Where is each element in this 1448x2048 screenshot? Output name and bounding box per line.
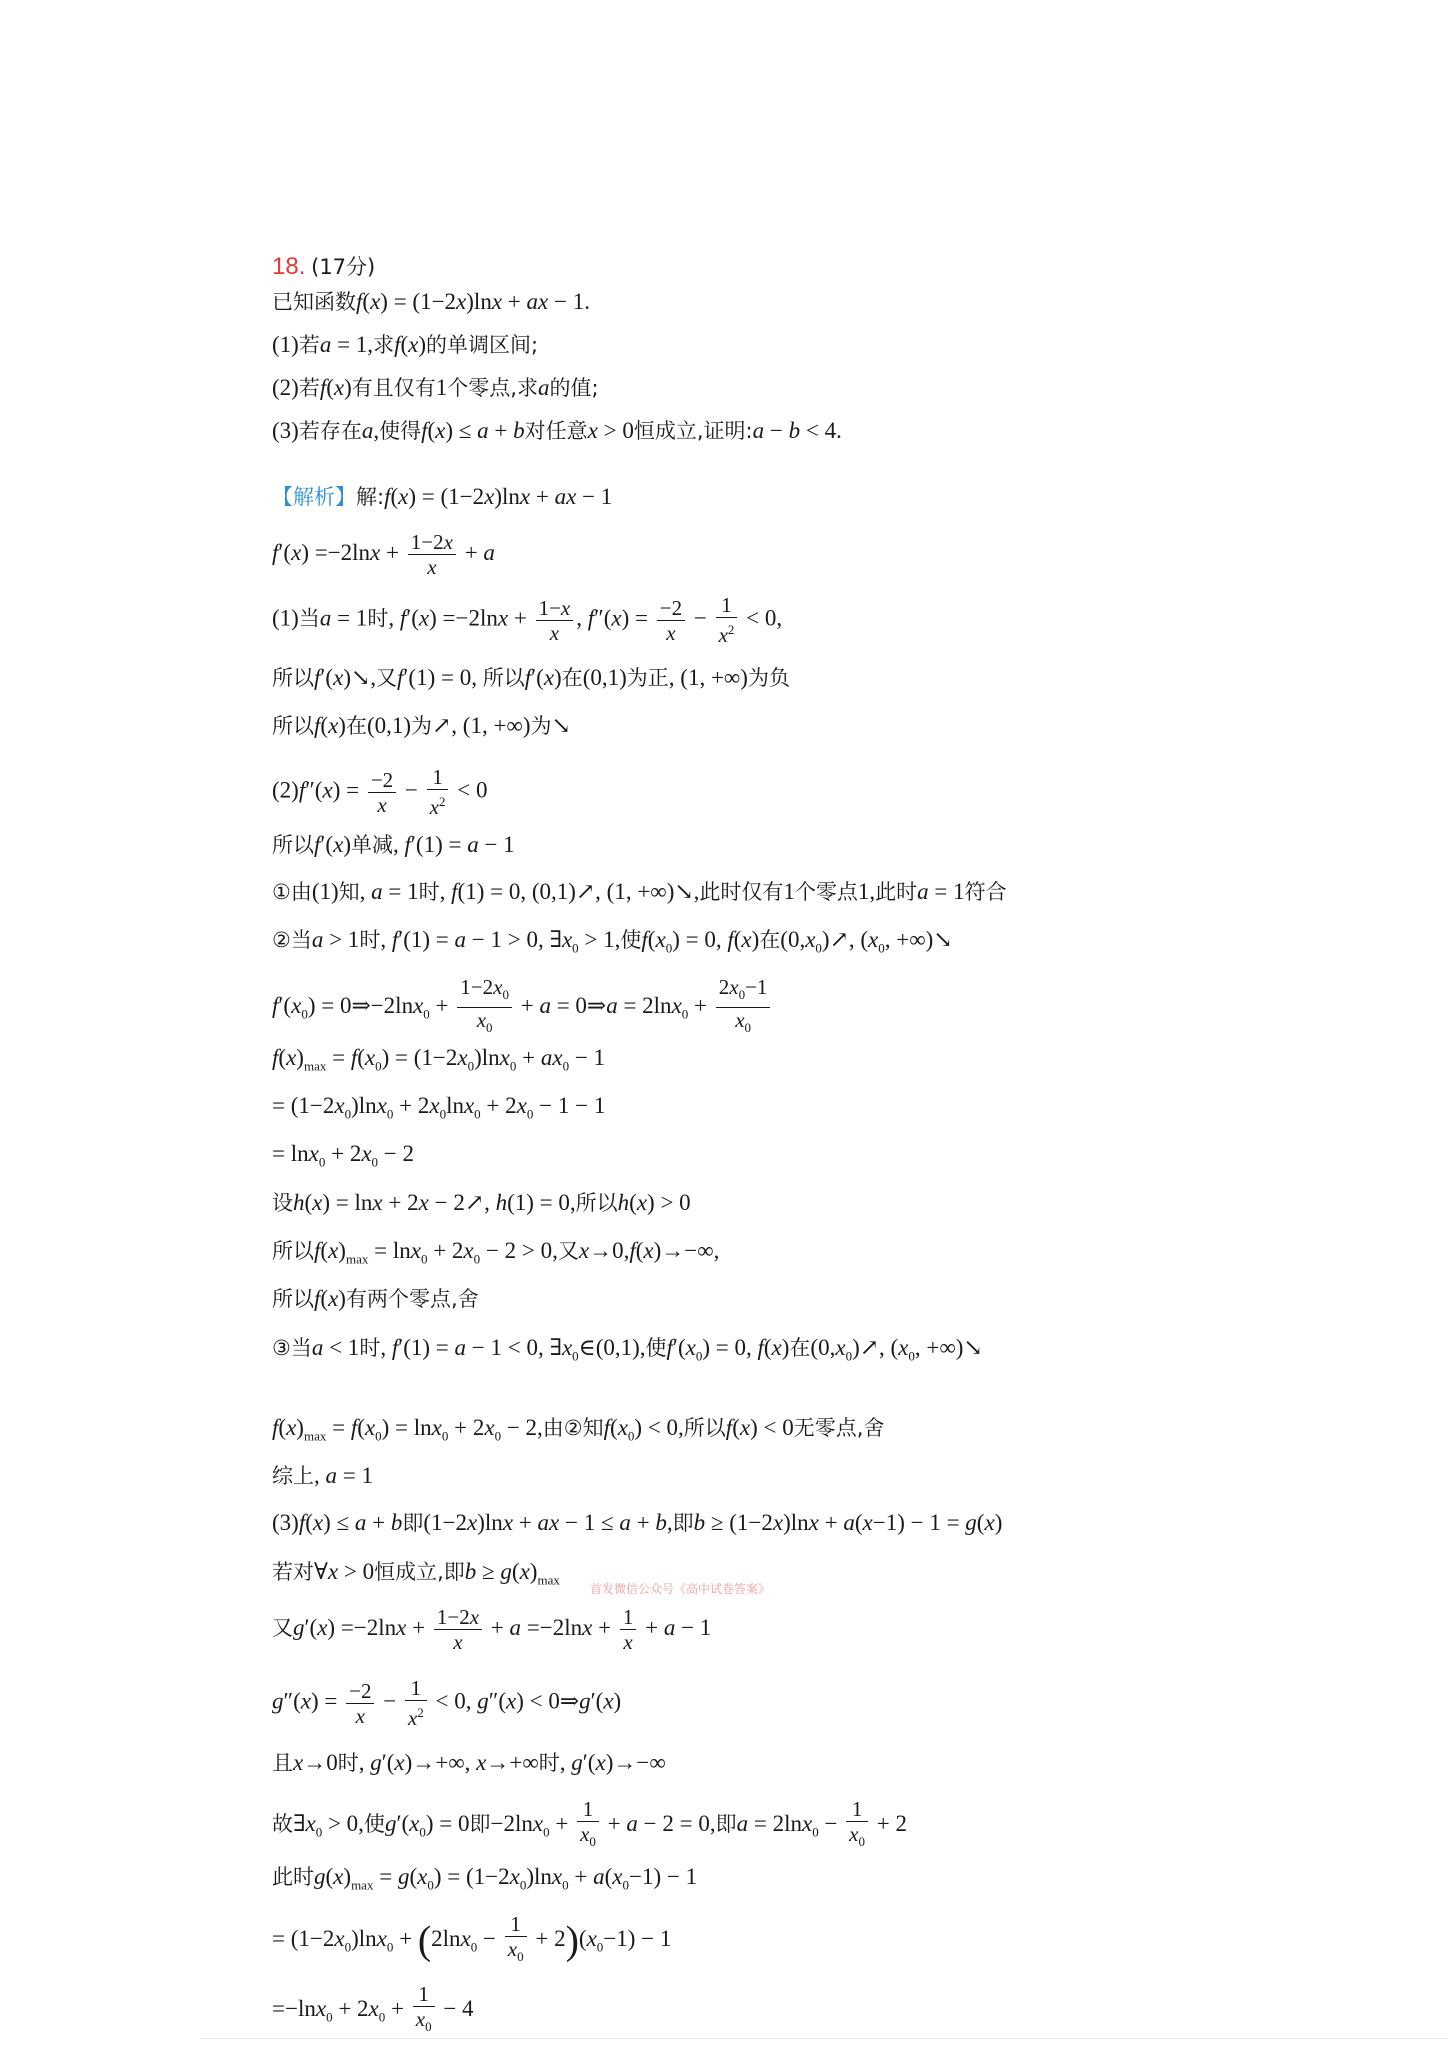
- solution-line-19: 综上, a = 1: [272, 1461, 373, 1491]
- solution-line-11: f(x)max = f(x0) = (1−2x0)lnx0 + ax0 − 1: [272, 1043, 605, 1082]
- solution-line-26: 此时g(x)max = g(x0) = (1−2x0)lnx0 + a(x0−1…: [272, 1862, 697, 1901]
- solution-line-16: 所以f(x)有两个零点,舍: [272, 1284, 479, 1314]
- solution-line-12: = (1−2x0)lnx0 + 2x0lnx0 + 2x0 − 1 − 1: [272, 1091, 605, 1130]
- question-part-3: (3)若存在a,使得f(x) ≤ a + b对任意x > 0恒成立,证明:a −…: [272, 416, 842, 446]
- solution-line-14: 设h(x) = lnx + 2x − 2↗, h(1) = 0,所以h(x) >…: [272, 1188, 691, 1218]
- solution-line-7: 所以f′(x)单减, f′(1) = a − 1: [272, 830, 515, 860]
- solution-line-4: 所以f′(x)↘,又f′(1) = 0, 所以f′(x)在(0,1)为正, (1…: [272, 663, 790, 693]
- question-part-2: (2)若f(x)有且仅有1个零点,求a的值;: [272, 373, 599, 403]
- document-page: 18. (17分) 已知函数f(x) = (1−2x)lnx + ax − 1.…: [0, 0, 1448, 2048]
- watermark: 首发微信公众号《高中试卷答案》: [590, 1580, 770, 1597]
- solution-line-24: 且x→0时, g′(x)→+∞, x→+∞时, g′(x)→−∞: [272, 1748, 666, 1778]
- solution-line-15: 所以f(x)max = lnx0 + 2x0 − 2 > 0,又x→0,f(x)…: [272, 1236, 719, 1275]
- solution-line-28: =−lnx0 + 2x0 + 1x0 − 4: [272, 1982, 474, 2039]
- solution-line-10: f′(x0) = 0⇒−2lnx0 + 1−2x0x0 + a = 0⇒a = …: [272, 975, 773, 1040]
- solution-line-17: ③当a < 1时, f′(1) = a − 1 < 0, ∃x0∈(0,1),使…: [272, 1333, 983, 1372]
- solution-line-8: ①由(1)知, a = 1时, f(1) = 0, (0,1)↗, (1, +∞…: [272, 877, 1007, 907]
- solution-line-2: f′(x) =−2lnx + 1−2xx + a: [272, 530, 495, 579]
- question-number: 18.: [272, 253, 305, 280]
- question-header: 18. (17分): [272, 252, 375, 282]
- solution-line-21: 若对∀x > 0恒成立,即b ≥ g(x)max: [272, 1557, 560, 1596]
- question-points: (17分): [311, 255, 375, 279]
- solution-line-18: f(x)max = f(x0) = lnx0 + 2x0 − 2,由②知f(x0…: [272, 1413, 884, 1452]
- solution-line-22: 又g′(x) =−2lnx + 1−2xx + a =−2lnx + 1x + …: [272, 1605, 711, 1654]
- question-stem: 已知函数f(x) = (1−2x)lnx + ax − 1.: [272, 287, 590, 317]
- solution-line-1: 【解析】解:f(x) = (1−2x)lnx + ax − 1: [272, 482, 612, 512]
- page-bottom-divider: [200, 2038, 1448, 2039]
- solution-line-3: (1)当a = 1时, f′(x) =−2lnx + 1−xx, f″(x) =…: [272, 593, 782, 647]
- solution-line-13: = lnx0 + 2x0 − 2: [272, 1139, 414, 1178]
- solution-line-5: 所以f(x)在(0,1)为↗, (1, +∞)为↘: [272, 711, 571, 741]
- solution-line-27: = (1−2x0)lnx0 + (2lnx0 − 1x0 + 2)(x0−1) …: [272, 1912, 671, 1969]
- solution-line-23: g″(x) = −2x − 1x2 < 0, g″(x) < 0⇒g′(x): [272, 1676, 621, 1730]
- solution-line-25: 故∃x0 > 0,使g′(x0) = 0即−2lnx0 + 1x0 + a − …: [272, 1797, 907, 1854]
- question-part-1: (1)若a = 1,求f(x)的单调区间;: [272, 330, 538, 360]
- solution-line-20: (3)f(x) ≤ a + b即(1−2x)lnx + ax − 1 ≤ a +…: [272, 1508, 1002, 1538]
- solution-line-9: ②当a > 1时, f′(1) = a − 1 > 0, ∃x0 > 1,使f(…: [272, 925, 953, 964]
- solution-line-6: (2)f″(x) = −2x − 1x2 < 0: [272, 765, 487, 819]
- analysis-tag: 【解析】: [272, 485, 356, 509]
